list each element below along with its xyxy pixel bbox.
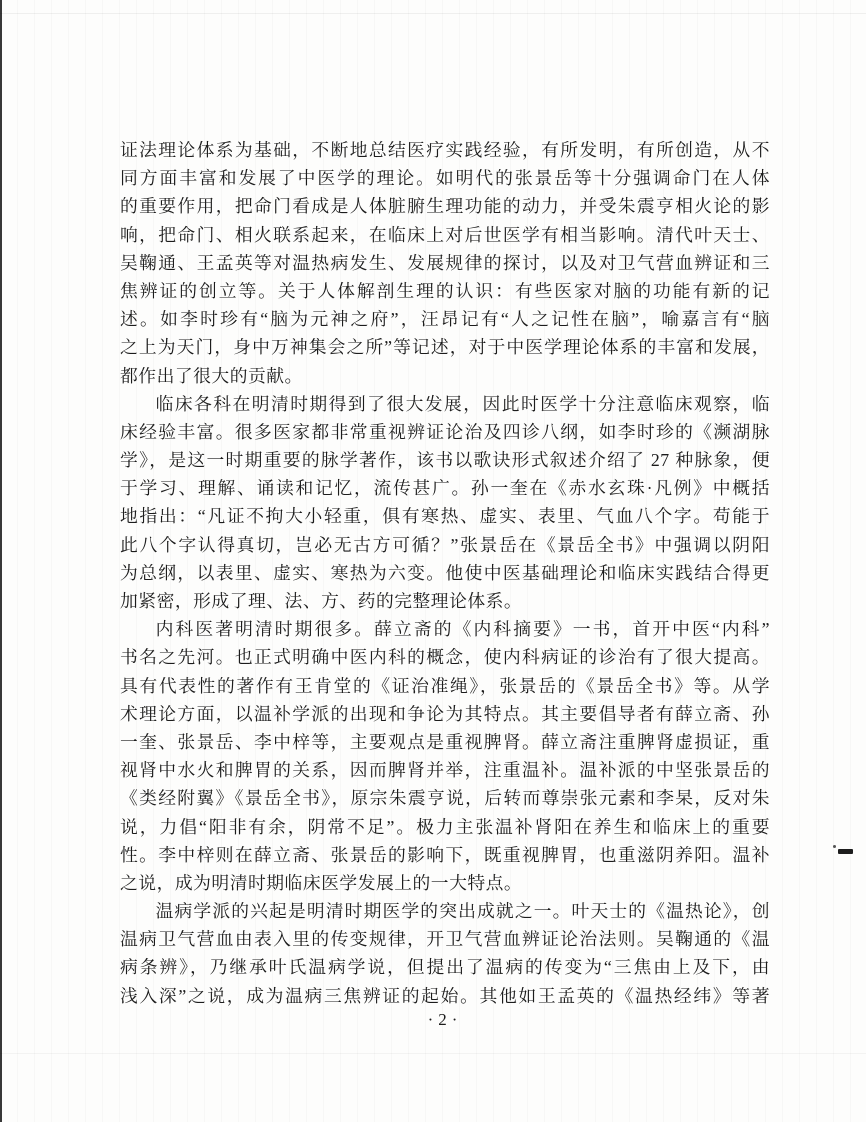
text-line: 响，把命门、相火联系起来，在临床上对后世医学有相当影响。清代叶天士、 xyxy=(120,221,770,249)
body-text: 证法理论体系为基础，不断地总结医疗实践经验，有所发明，有所创造，从不同方面丰富和… xyxy=(120,136,770,1010)
text-line: 为总纲，以表里、虚实、寒热为六变。他使中医基础理论和临床实践结合得更 xyxy=(120,559,770,587)
paragraph: 内科医著明清时期很多。薛立斋的《内科摘要》一书，首开中医“内科”书名之先河。也正… xyxy=(120,615,770,897)
text-line: 都作出了很大的贡献。 xyxy=(120,362,770,390)
text-line: 性。李中梓则在薛立斋、张景岳的影响下，既重视脾胃，也重滋阴养阳。温补 xyxy=(120,841,770,869)
scanned-page: 证法理论体系为基础，不断地总结医疗实践经验，有所发明，有所创造，从不同方面丰富和… xyxy=(0,0,866,1122)
text-line: 焦辨证的创立等。关于人体解剖生理的认识：有些医家对脑的功能有新的记 xyxy=(120,277,770,305)
text-line: 地指出：“凡证不拘大小轻重，俱有寒热、虚实、表里、气血八个字。苟能于 xyxy=(120,502,770,530)
paragraph: 温病学派的兴起是明清时期医学的突出成就之一。叶天士的《温热论》，创温病卫气营血由… xyxy=(120,897,770,1010)
text-line: 温病卫气营血由表入里的传变规律，开卫气营血辨证论治法则。吴鞠通的《温 xyxy=(120,925,770,953)
scan-top-artifact-line xyxy=(0,13,866,14)
scan-left-edge-line xyxy=(0,0,2,1122)
text-line: 说，力倡“阳非有余，阴常不足”。极力主张温补肾阳在养生和临床上的重要 xyxy=(120,813,770,841)
text-line: 学》，是这一时期重要的脉学著作，该书以歌诀形式叙述介绍了 27 种脉象，便 xyxy=(120,446,770,474)
ink-smudge-mark xyxy=(838,849,853,854)
text-line: 吴鞠通、王孟英等对温热病发生、发展规律的探讨，以及对卫气营血辨证和三 xyxy=(120,249,770,277)
text-line: 一奎、张景岳、李中梓等，主要观点是重视脾肾。薛立斋注重脾肾虚损证，重 xyxy=(120,728,770,756)
text-line: 同方面丰富和发展了中医学的理论。如明代的张景岳等十分强调命门在人体 xyxy=(120,164,770,192)
text-line: 临床各科在明清时期得到了很大发展，因此时医学十分注意临床观察，临 xyxy=(120,390,770,418)
page-number: ·2· xyxy=(120,1010,770,1030)
text-line: 的重要作用，把命门看成是人体脏腑生理功能的动力，并受朱震亨相火论的影 xyxy=(120,192,770,220)
text-line: 证法理论体系为基础，不断地总结医疗实践经验，有所发明，有所创造，从不 xyxy=(120,136,770,164)
text-line: 床经验丰富。很多医家都非常重视辨证论治及四诊八纲，如李时珍的《濒湖脉 xyxy=(120,418,770,446)
text-line: 温病学派的兴起是明清时期医学的突出成就之一。叶天士的《温热论》，创 xyxy=(120,897,770,925)
text-line: 此八个字认得真切，岂必无古方可循？”张景岳在《景岳全书》中强调以阴阳 xyxy=(120,531,770,559)
paragraph: 证法理论体系为基础，不断地总结医疗实践经验，有所发明，有所创造，从不同方面丰富和… xyxy=(120,136,770,390)
text-line: 内科医著明清时期很多。薛立斋的《内科摘要》一书，首开中医“内科” xyxy=(120,615,770,643)
text-line: 具有代表性的著作有王肯堂的《证治准绳》，张景岳的《景岳全书》等。从学 xyxy=(120,672,770,700)
text-line: 于学习、理解、诵读和记忆，流传甚广。孙一奎在《赤水玄珠·凡例》中概括 xyxy=(120,474,770,502)
text-line: 书名之先河。也正式明确中医内科的概念，使内科病证的诊治有了很大提高。 xyxy=(120,643,770,671)
text-line: 浅入深”之说，成为温病三焦辨证的起始。其他如王孟英的《温热经纬》等著 xyxy=(120,982,770,1010)
text-line: 视肾中水火和脾胃的关系，因而脾肾并举，注重温补。温补派的中坚张景岳的 xyxy=(120,756,770,784)
text-line: 述。如李时珍有“脑为元神之府”，汪昂记有“人之记性在脑”，喻嘉言有“脑 xyxy=(120,305,770,333)
text-line: 《类经附翼》《景岳全书》，原宗朱震亨说，后转而尊崇张元素和李杲，反对朱 xyxy=(120,784,770,812)
paragraph: 临床各科在明清时期得到了很大发展，因此时医学十分注意临床观察，临床经验丰富。很多… xyxy=(120,390,770,616)
text-line: 病条辨》，乃继承叶氏温病学说，但提出了温病的传变为“三焦由上及下，由 xyxy=(120,953,770,981)
text-line: 术理论方面，以温补学派的出现和争论为其特点。其主要倡导者有薛立斋、孙 xyxy=(120,700,770,728)
text-line: 之说，成为明清时期临床医学发展上的一大特点。 xyxy=(120,869,770,897)
text-line: 加紧密，形成了理、法、方、药的完整理论体系。 xyxy=(120,587,770,615)
scan-bottom-artifact-line xyxy=(0,1053,866,1054)
text-line: 之上为天门，身中万神集会之所”等记述，对于中医学理论体系的丰富和发展， xyxy=(120,333,770,361)
